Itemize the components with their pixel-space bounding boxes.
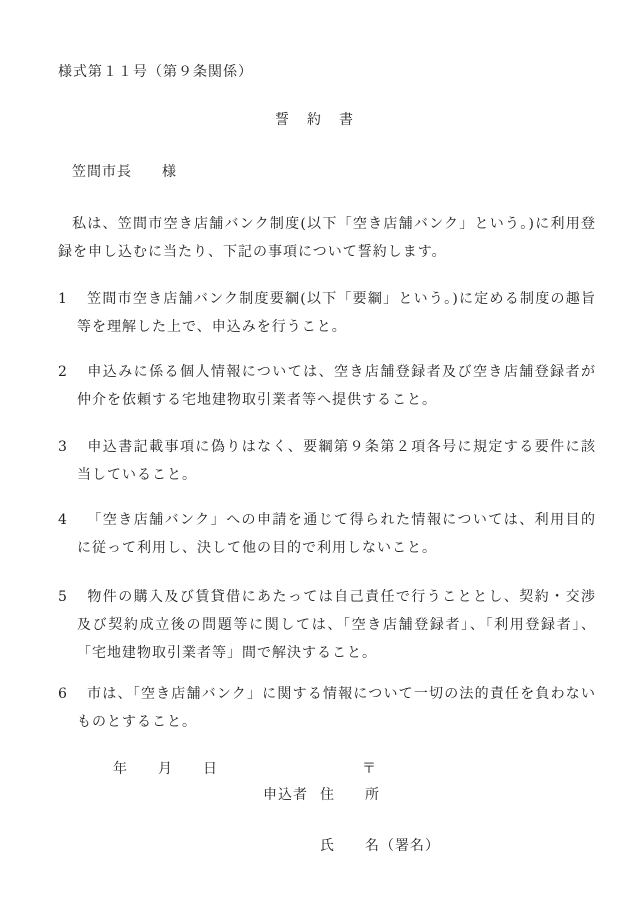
item-text: 物件の購入及び賃貸借にあたっては自己責任で行うこととし、契約・交渉及び契約成立後… [77,589,596,661]
form-number: 様式第１１号（第９条関係） [58,58,596,86]
postal-code-mark: 〒 [362,761,377,777]
item-number: 3 [58,439,68,455]
pledge-item-2: 2申込みに係る個人情報については、空き店舗登録者及び空き店舗登録者が仲介を依頼す… [58,358,596,414]
intro-paragraph: 私は、笠間市空き店舗バンク制度(以下「空き店舗バンク」という。)に利用登録を申し… [58,210,596,266]
item-text: 市は、「空き店舗バンク」に関する情報について一切の法的責任を負わないものとするこ… [77,686,596,730]
pledge-item-5: 5物件の購入及び賃貸借にあたっては自己責任で行うこととし、契約・交渉及び契約成立… [58,583,596,667]
pledge-item-1: 1笠間市空き店舗バンク制度要綱(以下「要綱」という。)に定める制度の趣旨等を理解… [58,285,596,341]
item-number: 6 [58,686,68,702]
item-text: 笠間市空き店舗バンク制度要綱(以下「要綱」という。)に定める制度の趣旨等を理解し… [77,291,596,335]
name-signature-label: 氏 名（署名） [320,838,440,854]
applicant-label: 申込者 [263,787,308,803]
item-text: 「空き店舗バンク」への申請を通じて得られた情報については、利用目的に従って利用し… [77,512,596,556]
item-number: 4 [58,512,68,528]
pledge-document-page: 様式第１１号（第９条関係） 誓 約 書 笠間市長 様 私は、笠間市空き店舗バンク… [0,0,630,903]
pledge-item-3: 3申込書記載事項に偽りはなく、要綱第９条第２項各号に規定する要件に該当しているこ… [58,433,596,489]
item-number: 2 [58,364,68,380]
date-fill-in-line: 年 月 日 [113,761,218,777]
item-text: 申込書記載事項に偽りはなく、要綱第９条第２項各号に規定する要件に該当していること… [77,439,596,483]
address-label: 住 所 [320,787,380,803]
item-number: 5 [58,589,68,605]
pledge-item-6: 6市は、「空き店舗バンク」に関する情報について一切の法的責任を負わないものとする… [58,680,596,736]
item-text: 申込みに係る個人情報については、空き店舗登録者及び空き店舗登録者が仲介を依頼する… [77,364,596,408]
addressee-line: 笠間市長 様 [58,158,596,186]
item-number: 1 [58,291,68,307]
pledge-item-4: 4「空き店舗バンク」への申請を通じて得られた情報については、利用目的に従って利用… [58,506,596,562]
document-title: 誓 約 書 [0,106,630,134]
